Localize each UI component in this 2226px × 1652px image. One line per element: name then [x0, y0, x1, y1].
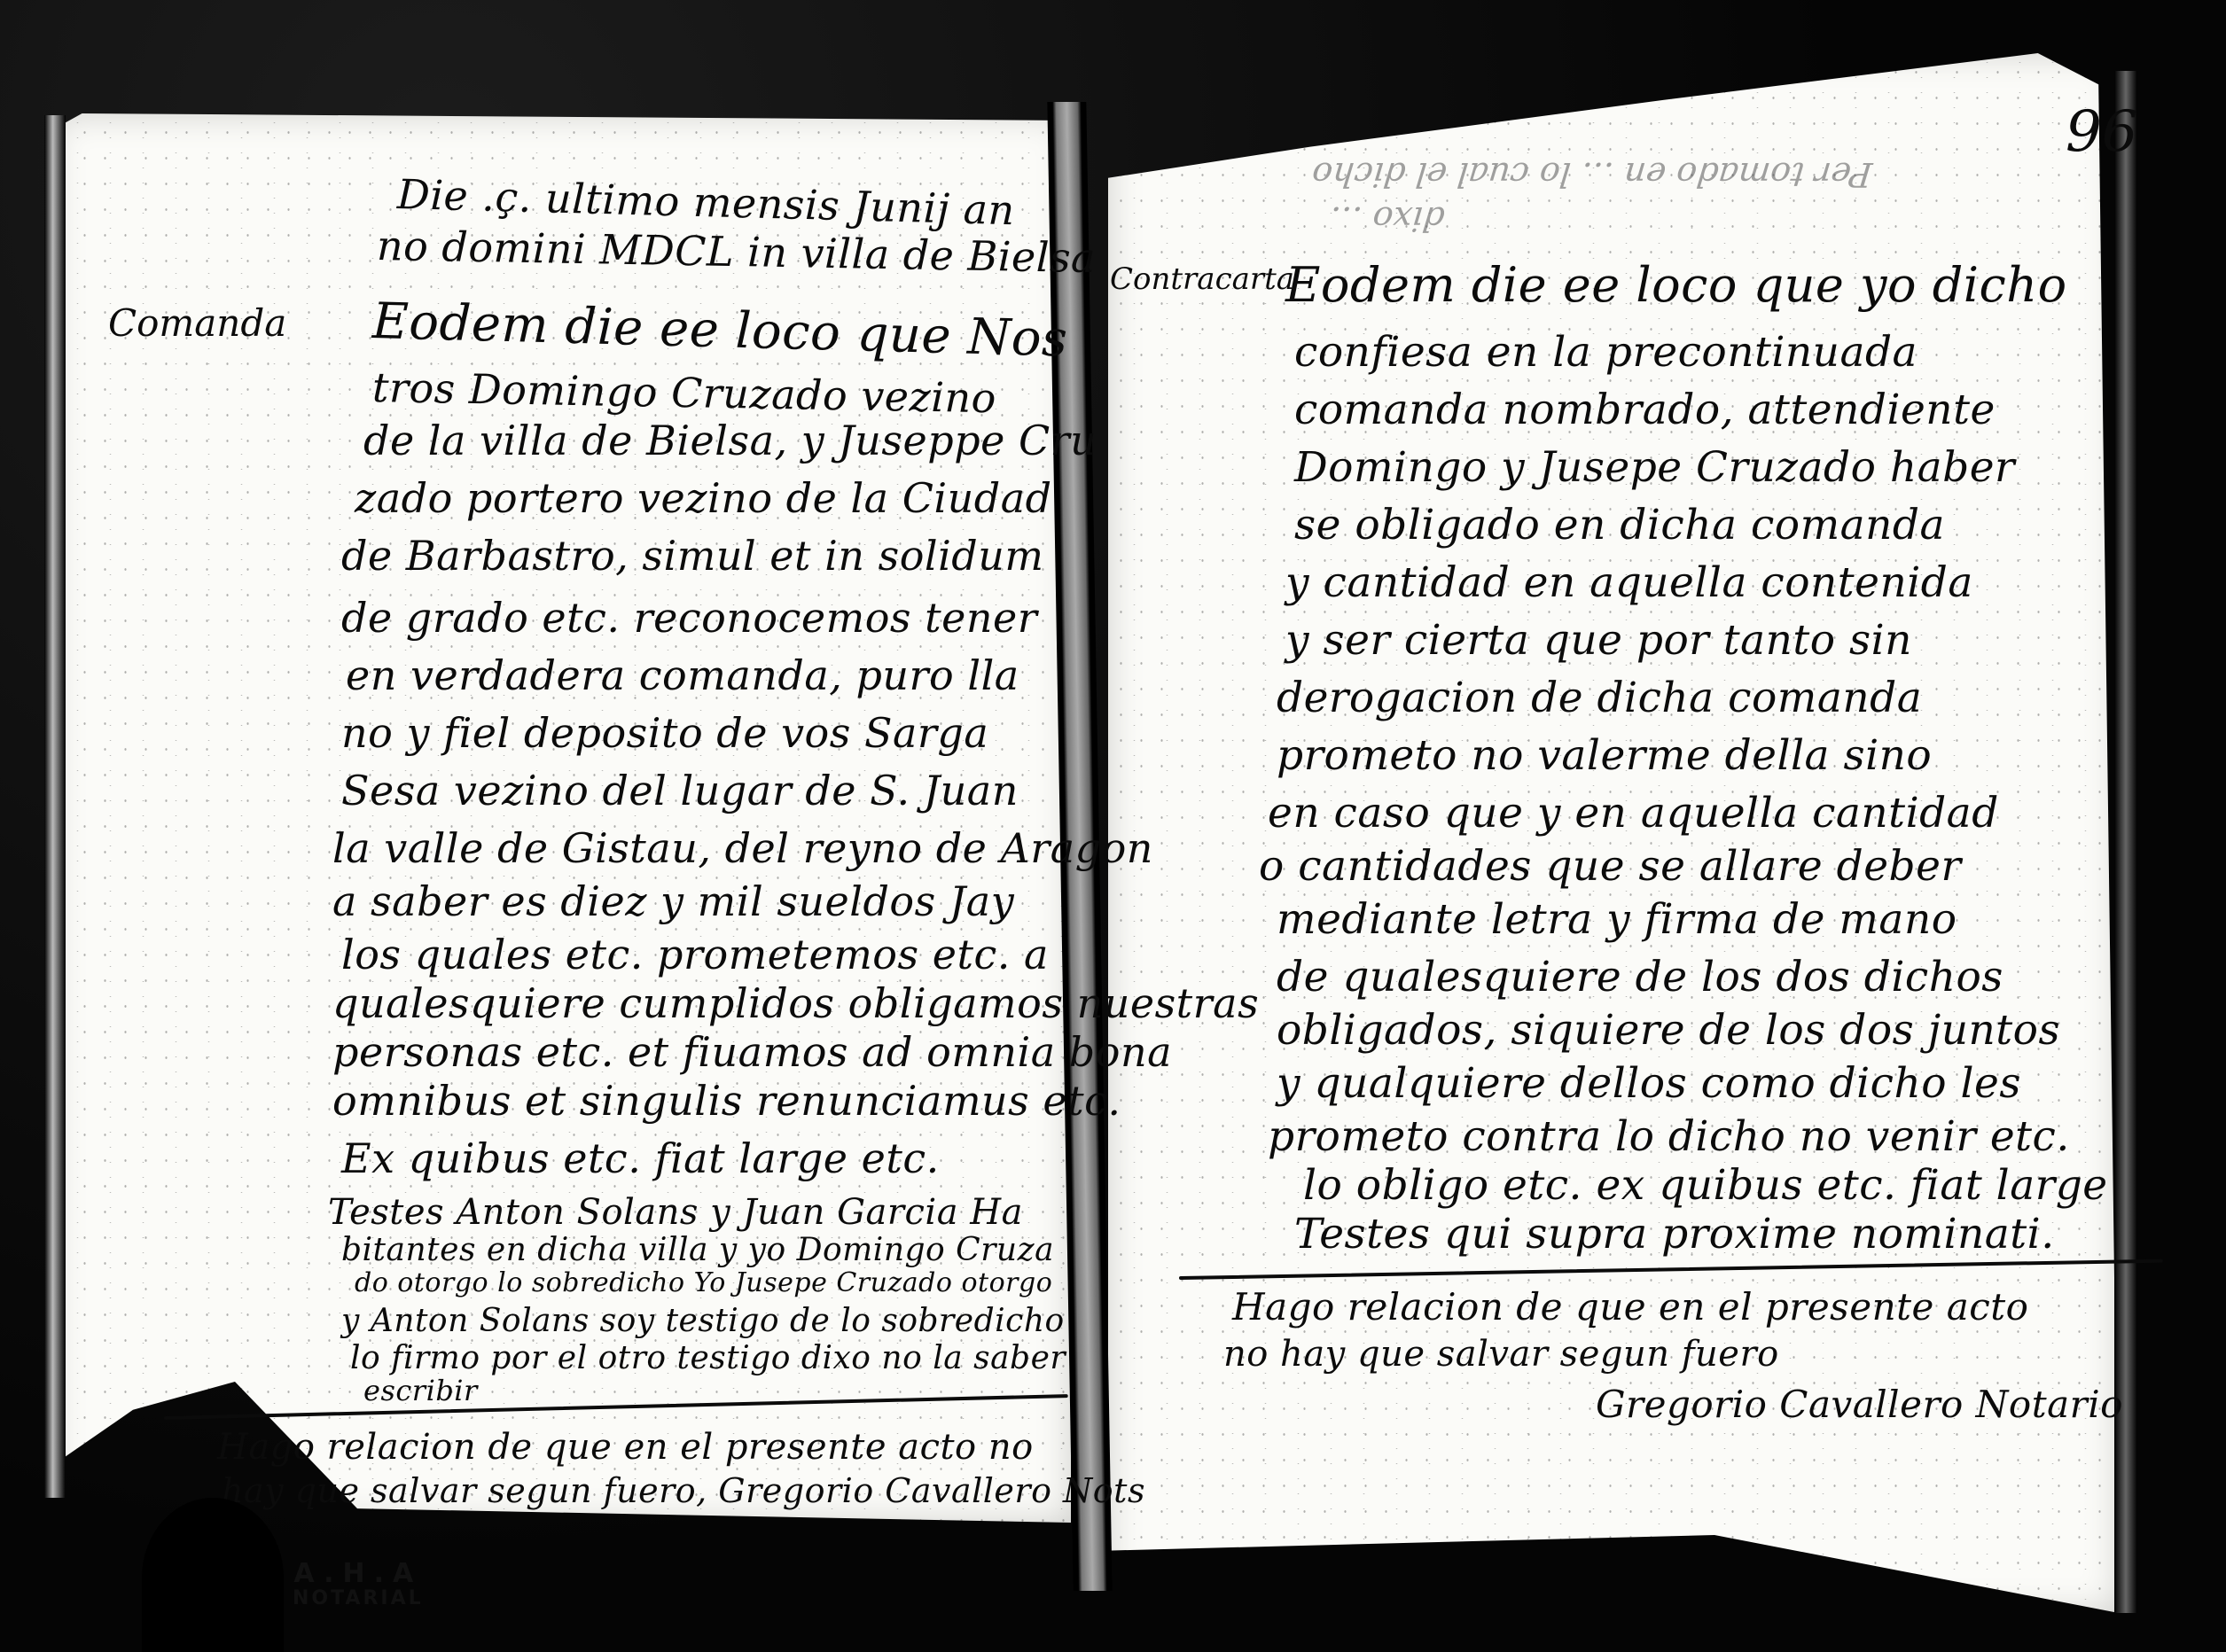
- archive-stamp: A.H.A NOTARIAL: [293, 1560, 424, 1609]
- right-body-line: comanda nombrado, attendiente: [1294, 386, 1996, 434]
- archive-stamp-line2: NOTARIAL: [293, 1588, 424, 1609]
- right-body-line: lo obligo etc. ex quibus etc. fiat large: [1303, 1161, 2108, 1210]
- left-footer-line: hay que salvar segun fuero, Gregorio Cav…: [222, 1471, 1145, 1510]
- right-body-line: en caso que y en aquella cantidad: [1268, 789, 1999, 838]
- left-body-line: lo firmo por el otro testigo dixo no la …: [350, 1340, 1066, 1376]
- left-body-line: los quales etc. prometemos etc. a: [341, 931, 1049, 978]
- notary-signature: Gregorio Cavallero Notario: [1596, 1383, 2123, 1426]
- bleed-through-text: dixo ...: [1328, 199, 1447, 238]
- left-body-line: do otorgo lo sobredicho Yo Jusepe Cruzad…: [355, 1267, 1052, 1298]
- right-body-line: o cantidades que se allare deber: [1259, 842, 1961, 891]
- left-margin-note: Comanda: [108, 301, 286, 345]
- left-body-line: Ex quibus etc. fiat large etc.: [341, 1134, 940, 1182]
- right-body-line: mediante letra y firma de mano: [1277, 895, 1957, 944]
- right-page-edge: [2114, 71, 2137, 1613]
- left-body-line: la valle de Gistau, del reyno de Aragon: [332, 824, 1153, 872]
- left-body-line: de grado etc. reconocemos tener: [341, 594, 1037, 642]
- left-body-line: de la villa de Bielsa, y Juseppe Cru: [363, 417, 1097, 464]
- left-body-line: a saber es diez y mil sueldos Jay: [332, 877, 1014, 925]
- right-body-line: y qualquiere dellos como dicho les: [1277, 1059, 2021, 1108]
- left-body-line: en verdadera comanda, puro lla: [346, 651, 1019, 699]
- right-body-line: y ser cierta que por tanto sin: [1285, 616, 1912, 665]
- bleed-through-text: Per tomado en ... lo cual el dicho: [1310, 155, 1874, 194]
- left-footer-line: Hago relacion de que en el presente acto…: [217, 1427, 1034, 1468]
- left-body-line: bitantes en dicha villa y yo Domingo Cru…: [341, 1232, 1054, 1268]
- left-body-line: Sesa vezino del lugar de S. Juan: [341, 767, 1019, 814]
- right-body-line: y cantidad en aquella contenida: [1285, 558, 1973, 607]
- left-body-line: omnibus et singulis renunciamus etc.: [332, 1077, 1121, 1125]
- left-body-line: zado portero vezino de la Ciudad: [355, 474, 1052, 522]
- left-body-line: escribir: [363, 1374, 478, 1407]
- right-margin-note: Contracarta: [1110, 261, 1294, 297]
- right-footer-line: no hay que salvar segun fuero: [1223, 1334, 1779, 1375]
- right-body-line: de qualesquiere de los dos dichos: [1277, 953, 2003, 1001]
- folio-number: 96: [2066, 99, 2137, 165]
- right-footer-line: Hago relacion de que en el presente acto: [1232, 1285, 2028, 1329]
- left-body-line: personas etc. et fiuamos ad omnia bona: [332, 1028, 1172, 1076]
- right-body-line: derogacion de dicha comanda: [1277, 674, 1922, 722]
- right-body-line: Testes qui supra proxime nominati.: [1294, 1210, 2055, 1258]
- right-body-line: obligados, siquiere de los dos juntos: [1277, 1006, 2060, 1055]
- left-page-edge: [44, 115, 66, 1498]
- right-body-line: Domingo y Jusepe Cruzado haber: [1294, 443, 2015, 492]
- left-body-line: no y fiel deposito de vos Sarga: [341, 709, 988, 757]
- left-body-line: y Anton Solans soy testigo de lo sobredi…: [341, 1303, 1065, 1339]
- right-body-line: prometo no valerme della sino: [1277, 731, 1932, 780]
- right-body-line: confiesa en la precontinuada: [1294, 328, 1917, 377]
- thumb-shadow: [142, 1498, 284, 1652]
- right-body-line: Eodem die ee loco que yo dicho: [1285, 257, 2067, 313]
- left-body-line: de Barbastro, simul et in solidum: [341, 532, 1044, 580]
- right-body-line: prometo contra lo dicho no venir etc.: [1268, 1112, 2070, 1161]
- archive-stamp-line1: A.H.A: [293, 1560, 424, 1588]
- left-body-line: Testes Anton Solans y Juan Garcia Ha: [328, 1192, 1023, 1233]
- left-body-line: qualesquiere cumplidos obligamos nuestra…: [332, 979, 1259, 1027]
- right-body-line: se obligado en dicha comanda: [1294, 501, 1945, 549]
